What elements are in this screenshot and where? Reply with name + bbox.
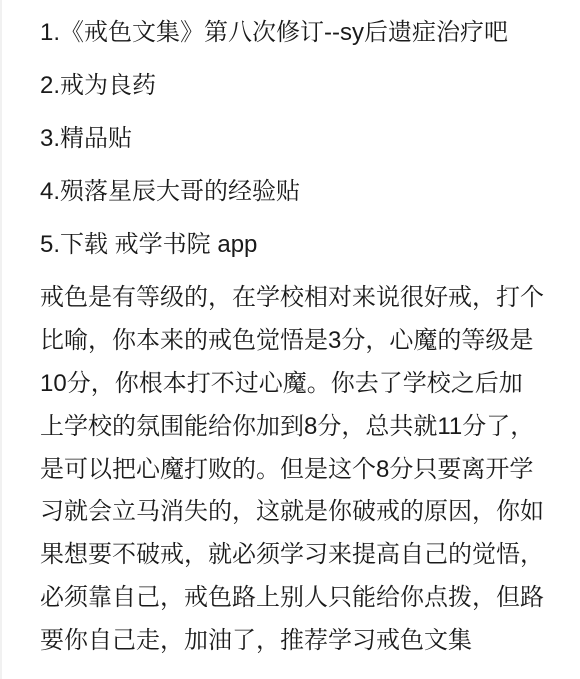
- paragraph-line: 是可以把心魔打败的。但是这个8分只要离开学: [40, 449, 544, 492]
- content-area: 1.《戒色文集》第八次修订--sy后遗症治疗吧 2.戒为良药 3.精品贴 4.殒…: [0, 0, 580, 679]
- resource-list: 1.《戒色文集》第八次修订--sy后遗症治疗吧 2.戒为良药 3.精品贴 4.殒…: [40, 12, 544, 267]
- paragraph-line: 果想要不破戒，就必须学习来提高自己的觉悟，: [40, 534, 544, 577]
- paragraph-line: 上学校的氛围能给你加到8分，总共就11分了，: [40, 406, 544, 449]
- paragraph-line: 习就会立马消失的，这就是你破戒的原因，你如: [40, 491, 544, 534]
- paragraph-line: 必须靠自己，戒色路上别人只能给你点拨，但路: [40, 577, 544, 620]
- list-item: 3.精品贴: [40, 118, 544, 161]
- list-item: 5.下载 戒学书院 app: [40, 224, 544, 267]
- paragraph-line: 要你自己走，加油了，推荐学习戒色文集: [40, 620, 544, 663]
- paragraph-line: 戒色是有等级的，在学校相对来说很好戒，打个: [40, 277, 544, 320]
- list-item: 1.《戒色文集》第八次修订--sy后遗症治疗吧: [40, 12, 544, 55]
- paragraph-line: 比喻，你本来的戒色觉悟是3分，心魔的等级是: [40, 320, 544, 363]
- list-item: 2.戒为良药: [40, 65, 544, 108]
- advice-paragraph: 戒色是有等级的，在学校相对来说很好戒，打个 比喻，你本来的戒色觉悟是3分，心魔的…: [40, 277, 544, 663]
- paragraph-line: 10分，你根本打不过心魔。你去了学校之后加: [40, 363, 544, 406]
- list-item: 4.殒落星辰大哥的经验贴: [40, 171, 544, 214]
